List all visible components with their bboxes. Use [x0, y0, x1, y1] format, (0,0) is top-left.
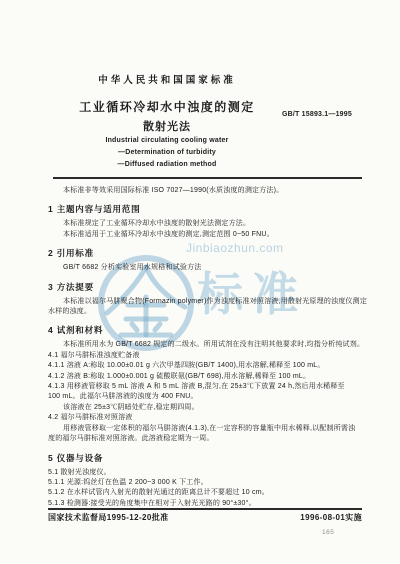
clause-4-1-2: 4.1.2 溶液 B:称取 1.000±0.001 g 硫酸联氨(GB/T 69… — [48, 372, 368, 382]
standard-document-page: Jinbiaozhun.com 标准 中华人民共和国国家标准 工业循环冷却水中浊… — [0, 0, 400, 564]
intro-paragraph: 本标准非等效采用国际标准 ISO 7027—1990(水质浊度的测定方法)。 — [48, 186, 368, 196]
section-heading-4: 4 试剂和材料 — [48, 325, 368, 335]
clause-text: 本标准规定了工业循环冷却水中浊度的散射光法测定方法。 — [48, 219, 368, 229]
clause-text: 本标准所用水为 GB/T 6682 规定的二级水。所用试剂在没有注明其他要求时,… — [48, 340, 368, 350]
section-heading-2: 2 引用标准 — [48, 248, 368, 258]
national-standard-label: 中华人民共和国国家标准 — [0, 72, 334, 86]
footer-rule — [48, 508, 362, 510]
footer: 国家技术监督局1995-12-20批准 1996-08-01实施 — [48, 512, 362, 523]
english-title-line2: —Determination of turbidity — [0, 149, 334, 156]
section-heading-1: 1 主题内容与适用范围 — [48, 204, 368, 214]
section-heading-3: 3 方法提要 — [48, 282, 368, 292]
section-heading-5: 5 仪器与设备 — [48, 453, 368, 463]
clause-text: 本标准适用于工业循环冷却水中浊度的测定,测定范围 0~50 FNU。 — [48, 230, 368, 240]
clause-text: 用移液管移取一定体积的福尔马肼溶液(4.1.3),在一定容积的容量瓶中用水稀释,… — [48, 424, 368, 434]
clause-text: GB/T 6682 分析实验室用水规格和试验方法 — [48, 263, 368, 273]
clause-text: 该溶液在 25±3℃阴暗处贮存,稳定期四周。 — [48, 403, 368, 413]
clause-4-2: 4.2 福尔马肼标准对照溶液 — [48, 413, 368, 423]
clause-text: 本标准以福尔马肼聚合物(Formazin polymer)作为浊度标准对照溶液,… — [48, 297, 368, 307]
clause-text: 100 mL。此福尔马肼溶液的浊度为 400 FNU。 — [48, 392, 368, 402]
document-subtitle: 散射光法 — [0, 118, 334, 134]
header-rule — [53, 177, 362, 179]
clause-text: 水样的浊度。 — [48, 307, 368, 317]
implementation-text: 1996-08-01实施 — [300, 512, 362, 523]
document-body: 本标准非等效采用国际标准 ISO 7027—1990(水质浊度的测定方法)。1 … — [48, 186, 368, 509]
english-title-line1: Industrial circulating cooling water — [0, 137, 334, 144]
clause-4-1-1: 4.1.1 溶液 A:称取 10.00±0.01 g 六次甲基四胺(GB/T 1… — [48, 361, 368, 371]
clause-4-1: 4.1 福尔马肼标准浊度贮备液 — [48, 351, 368, 361]
english-title-line3: —Diffused radiation method — [0, 161, 334, 168]
clause-5-1-2: 5.1.2 在水样试管内入射光的散射光通过的距离总计不要超过 10 cm。 — [48, 488, 368, 498]
standard-code: GB/T 15893.1—1995 — [282, 111, 352, 118]
clause-4-1-3: 4.1.3 用移液管移取 5 mL 溶液 A 和 5 mL 溶液 B,混匀,在 … — [48, 382, 368, 392]
clause-text: 度的福尔马肼标准对照溶液。此溶液稳定期为一周。 — [48, 434, 368, 444]
page-number: 165 — [322, 529, 334, 536]
approval-text: 国家技术监督局1995-12-20批准 — [48, 512, 169, 523]
clause-5-1-1: 5.1.1 光源:钨丝灯在色温 2 200~3 000 K 下工作。 — [48, 478, 368, 488]
clause-5-1: 5.1 散射光浊度仪。 — [48, 468, 368, 478]
